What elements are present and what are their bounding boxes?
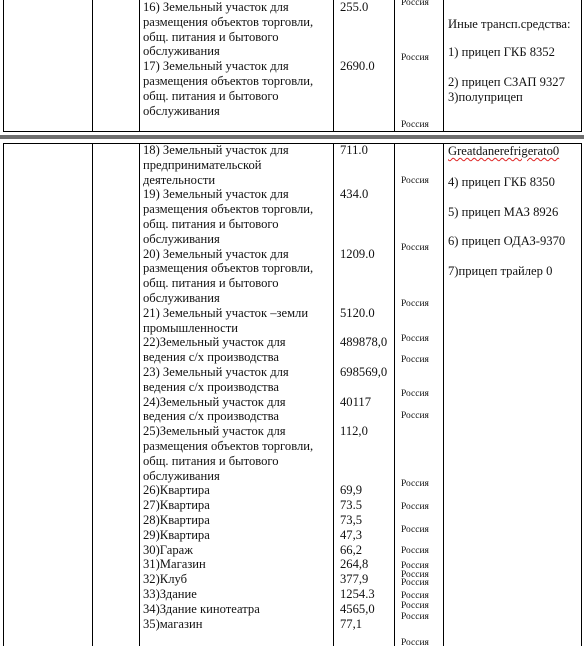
column-divider [394,144,395,646]
vehicle-item: 3)полуприцеп [448,90,523,105]
property-country: Россия [401,389,429,400]
property-description: обслуживания [143,44,220,59]
property-description: 18) Земельный участок для [143,143,289,158]
property-description: 21) Земельный участок –земли [143,306,308,321]
property-area: 77,1 [340,617,362,632]
vehicle-item: 6) прицеп ОДАЗ-9370 [448,234,565,249]
property-area: 711.0 [340,143,368,158]
property-country: Россия [401,502,429,513]
property-area: 47,3 [340,528,362,543]
property-country: Россия [401,299,429,310]
property-area: 73,5 [340,513,362,528]
property-area: 1254.3 [340,587,375,602]
property-country: Россия [401,525,429,536]
property-description: 24)Земельный участок для [143,395,286,410]
property-area: 489878,0 [340,335,387,350]
property-description: промышленности [143,321,238,336]
property-country: Россия [401,243,429,254]
property-description: 34)Здание кинотеатра [143,602,260,617]
property-description: 29)Квартира [143,528,210,543]
property-area: 264,8 [340,557,368,572]
property-description: 27)Квартира [143,498,210,513]
property-country: Россия [401,638,429,646]
property-description: 31)Магазин [143,557,206,572]
property-description: 33)Здание [143,587,197,602]
property-description: 30)Гараж [143,543,193,558]
property-description: размещения объектов торговли, [143,202,313,217]
property-description: общ. питания и бытового [143,454,279,469]
property-country: Россия [401,546,429,557]
column-divider [333,0,334,131]
column-divider [443,0,444,131]
vehicle-item: 4) прицеп ГКБ 8350 [448,175,555,190]
property-description: ведения с/х производства [143,350,279,365]
vehicle-item: 2) прицеп СЗАП 9327 [448,75,565,90]
column-divider [333,144,334,646]
vehicle-item: Greatdanerefrigerato0 [448,144,559,159]
property-area: 377,9 [340,572,368,587]
property-description: размещения объектов торговли, [143,74,313,89]
property-area: 1209.0 [340,247,375,262]
property-area: 112,0 [340,424,368,439]
page-break [0,135,584,139]
property-description: 19) Земельный участок для [143,187,289,202]
property-description: 22)Земельный участок для [143,335,286,350]
property-description: общ. питания и бытового [143,217,279,232]
property-description: 20) Земельный участок для [143,247,289,262]
property-description: размещения объектов торговли, [143,439,313,454]
property-area: 434.0 [340,187,368,202]
property-description: 25)Земельный участок для [143,424,286,439]
property-area: 5120.0 [340,306,375,321]
property-description: 16) Земельный участок для [143,0,289,15]
property-country: Россия [401,176,429,187]
property-country: Россия [401,479,429,490]
column-divider [394,0,395,131]
column-divider [139,0,140,131]
property-description: размещения объектов торговли, [143,15,313,30]
property-area: 4565,0 [340,602,375,617]
vehicle-item: 7)прицеп трайлер 0 [448,264,552,279]
column-divider [92,0,93,131]
property-country: Россия [401,355,429,366]
vehicle-item: 1) прицеп ГКБ 8352 [448,45,555,60]
property-area: 698569,0 [340,365,387,380]
property-country: Россия [401,411,429,422]
vehicle-item: 5) прицеп МАЗ 8926 [448,205,558,220]
property-area: 40117 [340,395,371,410]
property-description: 26)Квартира [143,483,210,498]
property-area: 69,9 [340,483,362,498]
property-description: предпринимательской [143,158,262,173]
property-country: Россия [401,601,429,612]
property-description: 32)Клуб [143,572,187,587]
property-description: общ. питания и бытового [143,30,279,45]
property-description: обслуживания [143,291,220,306]
property-description: деятельности [143,173,215,188]
property-area: 66,2 [340,543,362,558]
column-divider [443,144,444,646]
property-description: 17) Земельный участок для [143,59,289,74]
property-description: обслуживания [143,469,220,484]
property-description: ведения с/х производства [143,409,279,424]
property-description: общ. питания и бытового [143,276,279,291]
property-country: Россия [401,334,429,345]
property-description: обслуживания [143,104,220,119]
property-description: обслуживания [143,232,220,247]
property-country: Россия [401,578,429,589]
property-description: общ. питания и бытового [143,89,279,104]
property-area: 255.0 [340,0,368,15]
property-country: Россия [401,612,429,623]
property-area: 73.5 [340,498,362,513]
vehicles-header: Иные трансп.средства: [448,17,570,32]
property-description: ведения с/х производства [143,380,279,395]
property-country: Россия [401,120,429,131]
property-description: 28)Квартира [143,513,210,528]
property-description: 35)магазин [143,617,202,632]
property-description: размещения объектов торговли, [143,261,313,276]
column-divider [139,144,140,646]
property-description: 23) Земельный участок для [143,365,289,380]
property-area: 2690.0 [340,59,375,74]
property-country: Россия [401,53,429,64]
column-divider [92,144,93,646]
property-country: Россия [401,0,429,9]
